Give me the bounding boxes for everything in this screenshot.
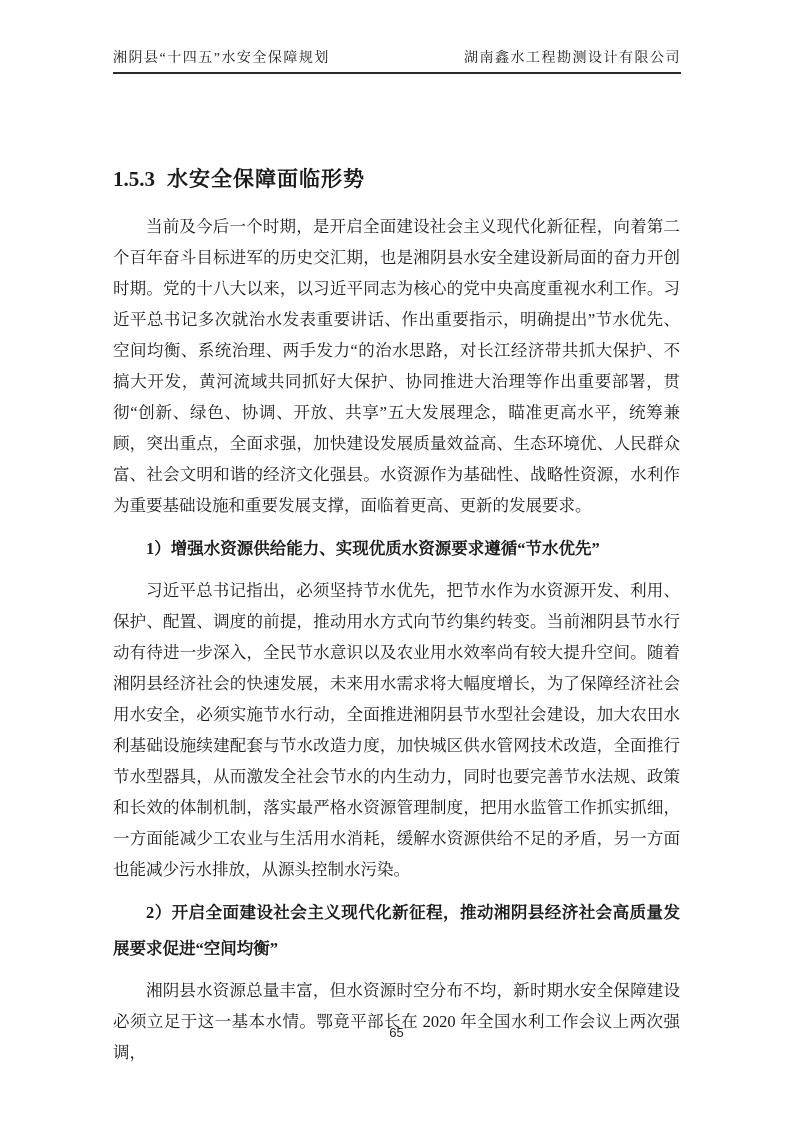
subsection-heading-1: 1）增强水资源供给能力、实现优质水资源要求遵循“节水优先” [113,531,680,567]
section-title: 水安全保障面临形势 [167,167,365,191]
header-company-name: 湖南鑫水工程勘测设计有限公司 [464,50,681,68]
section-heading: 1.5.3水安全保障面临形势 [113,166,680,193]
page-number: 65 [389,1025,403,1040]
document-page: 湘阴县“十四五”水安全保障规划 湖南鑫水工程勘测设计有限公司 1.5.3水安全保… [0,0,793,1122]
page-footer: 65 [0,1025,793,1040]
section-number: 1.5.3 [113,167,155,191]
subsection-heading-2: 2）开启全面建设社会主义现代化新征程，推动湘阴县经济社会高质量发展要求促进“空间… [113,895,680,967]
header-doc-title: 湘阴县“十四五”水安全保障规划 [113,50,330,68]
document-body: 1.5.3水安全保障面临形势 当前及今后一个时期，是开启全面建设社会主义现代化新… [113,166,680,1068]
paragraph-spatial-balance: 湘阴县水资源总量丰富，但水资源时空分布不均，新时期水安全保障建设必须立足于这一基… [113,975,680,1068]
paragraph-situation-overview: 当前及今后一个时期，是开启全面建设社会主义现代化新征程，向着第二个百年奋斗目标进… [113,211,680,521]
page-header: 湘阴县“十四五”水安全保障规划 湖南鑫水工程勘测设计有限公司 [113,50,681,74]
paragraph-water-saving: 习近平总书记指出，必须坚持节水优先，把节水作为水资源开发、利用、保护、配置、调度… [113,575,680,885]
